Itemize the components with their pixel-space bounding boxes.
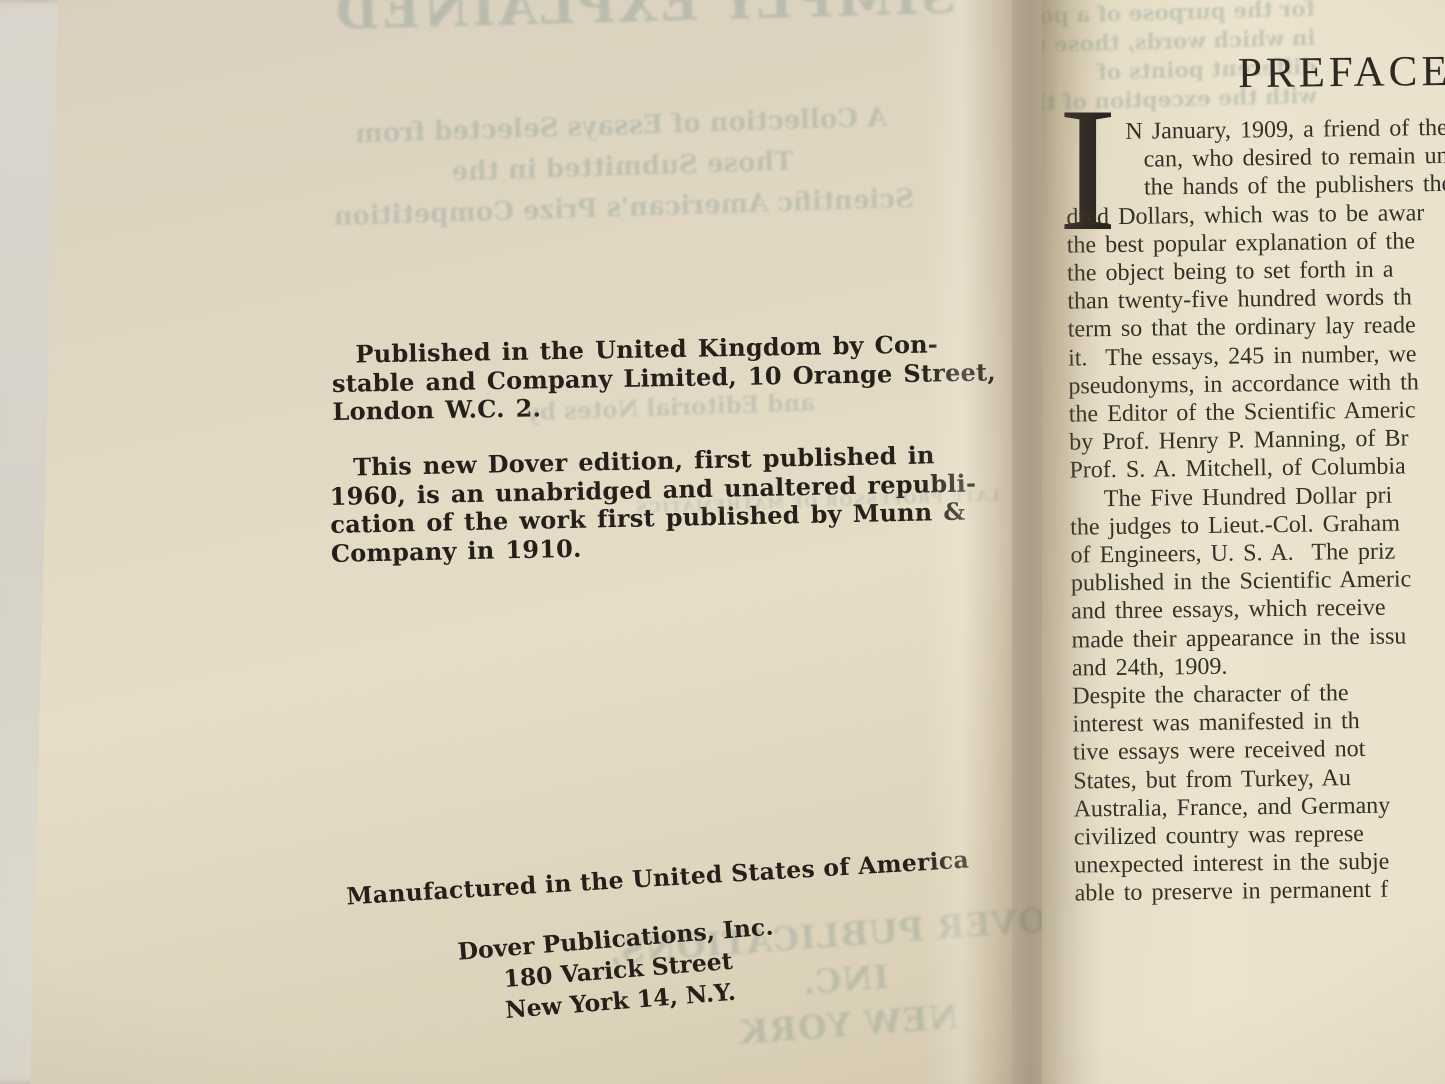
text-line: and 24th, 1909.: [1072, 649, 1445, 682]
text-line: The Five Hundred Dollar pri: [1070, 480, 1445, 513]
text-line: for the purpose of a popular book on: [1067, 0, 1316, 30]
left-page: SIMPLY EXPLAINED A Collection of Essays …: [0, 0, 1012, 1084]
text-line: unexpected interest in the subje: [1074, 847, 1445, 880]
ghost-title-showthrough: SIMPLY EXPLAINED: [329, 0, 960, 41]
text-line: States, but from Turkey, Au: [1073, 762, 1445, 795]
text-line: N January, 1909, a friend of the: [1065, 113, 1445, 146]
text-line: it. The essays, 245 in number, we: [1068, 339, 1445, 372]
text-line: Australia, France, and Germany: [1073, 790, 1445, 823]
manufactured-line: Manufactured in the United States of Ame…: [346, 846, 970, 911]
text-line: made their appearance in the issu: [1071, 621, 1445, 654]
text-line: Despite the character of the: [1072, 677, 1445, 710]
preface-paragraph-2: The Five Hundred Dollar prithe judges to…: [1070, 480, 1445, 711]
text-line: the Editor of the Scientific Americ: [1069, 395, 1445, 428]
ghost-subtitle-showthrough: A Collection of Essays Selected fromThos…: [293, 96, 952, 240]
text-line: by Prof. Henry P. Manning, of Br: [1069, 424, 1445, 457]
edition-paragraph: This new Dover edition, first published …: [329, 442, 901, 568]
text-line: than twenty-five hundred words th: [1067, 283, 1445, 316]
text-line: pseudonyms, in accordance with th: [1068, 367, 1445, 400]
text-line: of Engineers, U. S. A. The priz: [1070, 536, 1445, 569]
right-page: for the purpose of a popular book onin w…: [1042, 0, 1445, 1084]
text-line: can, who desired to remain un: [1066, 142, 1445, 175]
text-line: term so that the ordinary lay reade: [1068, 311, 1445, 344]
text-line: Prof. S. A. Mitchell, of Columbia: [1069, 452, 1445, 485]
text-line: published in the Scientific Americ: [1071, 565, 1445, 598]
text-line: Those Submitted in the: [295, 137, 951, 199]
text-line: able to preserve in permanent f: [1074, 875, 1445, 908]
text-line: tive essays were received not: [1073, 734, 1445, 767]
text-line: the best popular explanation of the: [1067, 226, 1445, 259]
text-line: the object being to set forth in a: [1067, 254, 1445, 287]
text-line: civilized country was represe: [1074, 818, 1445, 851]
uk-publisher-paragraph: Published in the United Kingdom by Con-s…: [331, 331, 902, 426]
text-line: interest was manifested in th: [1072, 706, 1445, 739]
text-line: the judges to Lieut.-Col. Graham: [1070, 508, 1445, 541]
publisher-address-block: Dover Publications, Inc.180 Varick Stree…: [447, 911, 789, 1031]
open-book-photo: SIMPLY EXPLAINED A Collection of Essays …: [0, 0, 1445, 1084]
preface-opening-lines: N January, 1909, a friend of thecan, who…: [1065, 113, 1445, 203]
preface-text-block: N January, 1909, a friend of thecan, who…: [1065, 113, 1445, 908]
preface-paragraph-3: interest was manifested in thtive essays…: [1072, 706, 1445, 909]
text-line: A Collection of Essays Selected from: [293, 96, 949, 158]
text-line: and three essays, which receive: [1071, 593, 1445, 626]
text-line: the hands of the publishers the: [1066, 170, 1445, 203]
preface-heading: PREFACE: [1238, 47, 1445, 98]
text-line: Scientific American's Prize Competition: [296, 178, 952, 240]
text-line: dred Dollars, which was to be awar: [1066, 198, 1445, 231]
preface-paragraph-1: dred Dollars, which was to be awarthe be…: [1066, 198, 1445, 485]
